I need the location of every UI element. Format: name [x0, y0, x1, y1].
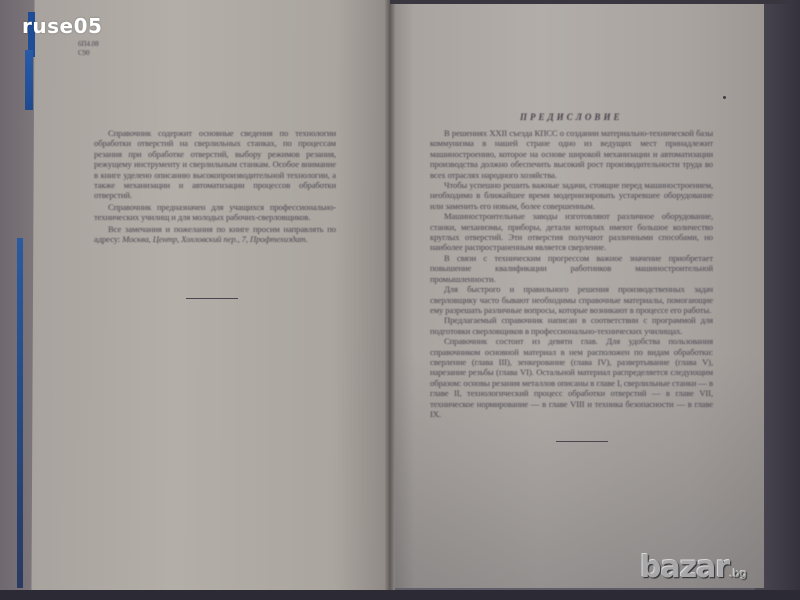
cover-edge-blue: [25, 50, 33, 110]
preface-paragraph: Для быстрого и правильного решения произ…: [430, 284, 713, 315]
book-gutter: [385, 0, 395, 592]
page-number-mark: [723, 96, 726, 99]
address-paragraph: Все замечания и пожелания по книге проси…: [94, 224, 336, 245]
top-shadow: [390, 0, 790, 4]
preface-paragraph: Предлагаемый справочник написан в соотве…: [430, 315, 713, 336]
catalog-code: С90: [78, 49, 99, 58]
left-page-abstract: Справочник содержит основные сведения по…: [94, 128, 336, 244]
preface-paragraph: Чтобы успешно решить важные задачи, стоя…: [430, 180, 713, 211]
left-page: [31, 0, 389, 592]
watermark-bazar-logo: bazar.bg: [640, 550, 747, 585]
book-bottom-edge: [0, 590, 800, 600]
cover-edge-blue: [17, 238, 23, 588]
publisher-address: Москва, Центр, Хохловский пер., 7, Профт…: [122, 234, 308, 244]
watermark-bazar-tld: .bg: [729, 567, 746, 580]
preface-heading: ПРЕДИСЛОВИЕ: [520, 112, 622, 122]
abstract-paragraph: Справочник предназначен для учащихся про…: [94, 202, 336, 223]
preface-paragraph: Справочник состоит из девяти глав. Для у…: [430, 336, 713, 419]
catalog-code: 6П4.08: [78, 40, 99, 49]
preface-paragraph: В решениях XXII съезда КПСС о создании м…: [430, 128, 713, 180]
watermark-bazar-text: bazar: [640, 550, 729, 585]
preface-text: В решениях XXII съезда КПСС о создании м…: [430, 128, 713, 419]
preface-paragraph: Машиностроительные заводы изготовляют ра…: [430, 211, 713, 253]
abstract-paragraph: Справочник содержит основные сведения по…: [94, 128, 336, 201]
preface-paragraph: В связи с техническим прогрессом важное …: [430, 253, 713, 284]
section-divider: [186, 298, 238, 299]
section-divider: [556, 441, 608, 442]
catalog-codes: 6П4.08 С90: [78, 40, 99, 58]
watermark-ruse05: ruse05: [22, 14, 102, 38]
